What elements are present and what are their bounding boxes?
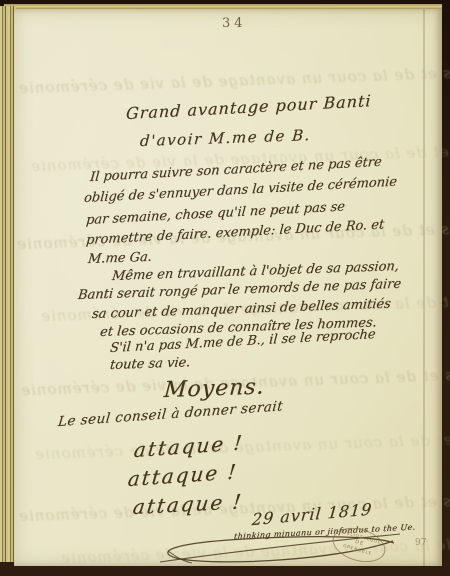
- page-crease: [423, 9, 425, 566]
- manuscript-page: [14, 9, 442, 566]
- manuscript-scan: des hommes et de la cour un avantage de …: [0, 0, 450, 576]
